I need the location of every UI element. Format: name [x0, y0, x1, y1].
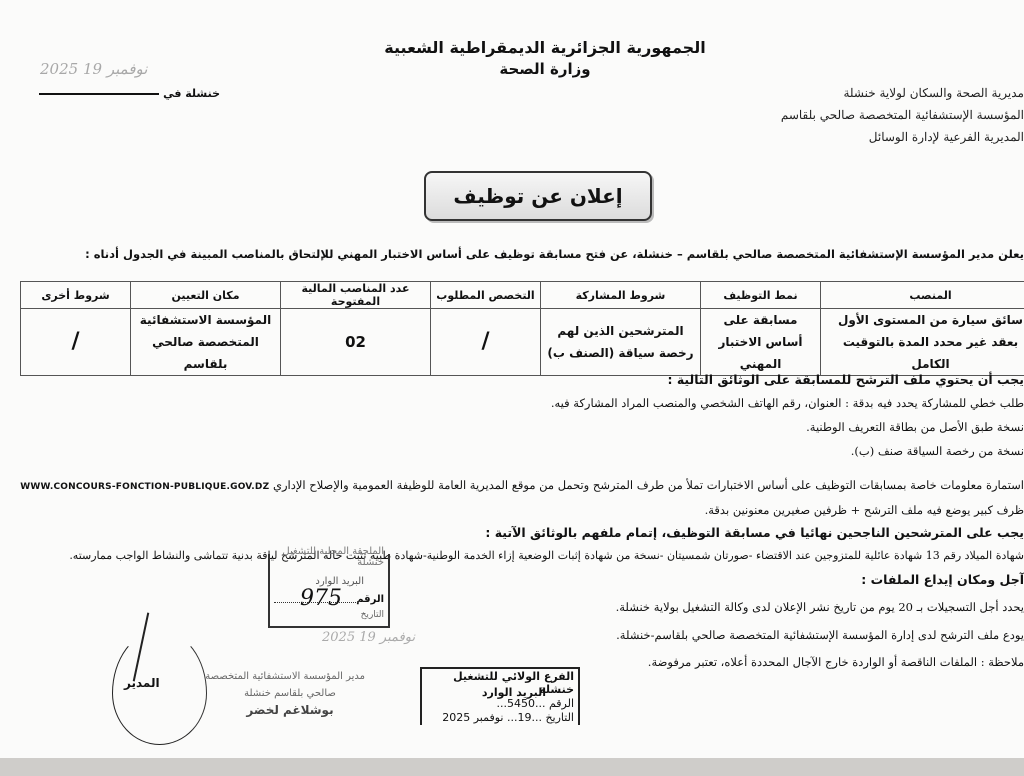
signature-block: مدير المؤسسة الاستشفائية المتخصصة صالحي … [215, 668, 365, 719]
signatory-name: بوشلاغم لخضر [215, 702, 365, 719]
document-item: نسخة من رخصة السياقة صنف (ب). [851, 444, 1024, 458]
cell-open-posts: 02 [281, 309, 431, 376]
date-blank [39, 93, 159, 95]
scanned-document: الجمهورية الجزائرية الديمقراطية الشعبية … [0, 0, 1024, 760]
successful-heading: يجب على المترشحين الناجحين نهائيا في مسا… [485, 525, 1024, 540]
seal-director-label: المدير [124, 676, 160, 690]
cell-conditions: المترشحين الذين لهم رخصة سياقة (الصنف ب) [541, 309, 701, 376]
wilaya-branch-stamp: الفرع الولائي للتشغيل خنشلة البريد الوار… [420, 667, 580, 725]
col-open-posts: عدد المناصب المالية المفتوحة [281, 282, 431, 309]
document-item: طلب خطي للمشاركة يحدد فيه بدقة : العنوان… [551, 396, 1024, 410]
table-row: سائق سيارة من المستوى الأول بعقد غير محد… [21, 309, 1024, 376]
issuer-line: مديرية الصحة والسكان لولاية خنشلة [824, 82, 1024, 104]
cell-position: سائق سيارة من المستوى الأول بعقد غير محد… [821, 309, 1024, 376]
col-other-conditions: شروط أخرى [21, 282, 131, 309]
deadline-heading: آجل ومكان إيداع الملفات : [861, 572, 1024, 587]
announcement-title-box: إعلان عن توظيف [424, 171, 652, 221]
deadline-note: ملاحظة : الملفات الناقصة أو الواردة خارج… [648, 655, 1024, 669]
stamp-number: 975 [300, 586, 342, 611]
documents-heading: يجب أن يحتوي ملف الترشح للمسابقة على الو… [667, 372, 1024, 387]
intro-paragraph: يعلن مدير المؤسسة الإستشفائية المتخصصة ص… [24, 247, 1024, 261]
col-specialty: التخصص المطلوب [431, 282, 541, 309]
cell-other-conditions: / [21, 309, 131, 376]
handwritten-date: 2025 نوفمبر 19 [40, 60, 147, 78]
cell-specialty: / [431, 309, 541, 376]
announcement-title: إعلان عن توظيف [453, 184, 622, 208]
ministry-header: وزارة الصحة [380, 60, 710, 78]
stamp-number: الرقم ...5450... [496, 697, 574, 710]
city-label: خنشلة في [163, 87, 220, 100]
deadline-item: يودع ملف الترشح لدى إدارة المؤسسة الإستش… [616, 628, 1024, 642]
signature-title: صالحي بلقاسم خنشلة [215, 685, 365, 702]
scan-edge [0, 758, 1024, 776]
signature-title: مدير المؤسسة الاستشفائية المتخصصة [215, 668, 365, 685]
stamp-date: التاريخ ...19... نوفمبر 2025 [442, 711, 574, 724]
document-item-form: استمارة معلومات خاصة بمسابقات التوظيف عل… [20, 478, 1024, 492]
positions-table: المنصب نمط التوظيف شروط المشاركة التخصص … [20, 281, 1024, 376]
document-item: نسخة طبق الأصل من بطاقة التعريف الوطنية. [806, 420, 1024, 434]
local-agency-stamp: الملحقة المحلية للتشغيل خنشلة البريد الو… [268, 554, 390, 628]
cell-assignment-place: المؤسسة الاستشفائية المتخصصة صالحي بلقاس… [131, 309, 281, 376]
stamp-title: الملحقة المحلية للتشغيل خنشلة [270, 546, 384, 568]
issuer-line: المؤسسة الإستشفائية المتخصصة صالحي بلقاس… [824, 104, 1024, 126]
republic-header: الجمهورية الجزائرية الديمقراطية الشعبية [380, 38, 710, 57]
col-conditions: شروط المشاركة [541, 282, 701, 309]
stamp-number-label: الرقم [356, 594, 384, 605]
table-header-row: المنصب نمط التوظيف شروط المشاركة التخصص … [21, 282, 1024, 309]
city-date-line: خنشلة في [40, 87, 220, 100]
portal-url: WWW.CONCOURS-FONCTION-PUBLIQUE.GOV.DZ [20, 482, 269, 492]
stamp-date: 2025 نوفمبر 19 [322, 630, 415, 645]
col-assignment-place: مكان التعيين [131, 282, 281, 309]
issuer-line: المديرية الفرعية لإدارة الوسائل [824, 126, 1024, 148]
issuer-block: مديرية الصحة والسكان لولاية خنشلة المؤسس… [824, 82, 1024, 148]
document-item: ظرف كبير يوضع فيه ملف الترشح + ظرفين صغي… [705, 503, 1024, 517]
deadline-item: يحدد أجل التسجيلات بـ 20 يوم من تاريخ نش… [616, 600, 1024, 614]
stamp-date-label: التاريخ [361, 610, 384, 620]
col-recruitment-mode: نمط التوظيف [701, 282, 821, 309]
successful-items: شهادة الميلاد رقم 13 شهادة عائلية للمتزو… [69, 549, 1024, 562]
cell-recruitment-mode: مسابقة على أساس الاختبار المهني [701, 309, 821, 376]
form-text: استمارة معلومات خاصة بمسابقات التوظيف عل… [273, 478, 1024, 492]
col-position: المنصب [821, 282, 1024, 309]
